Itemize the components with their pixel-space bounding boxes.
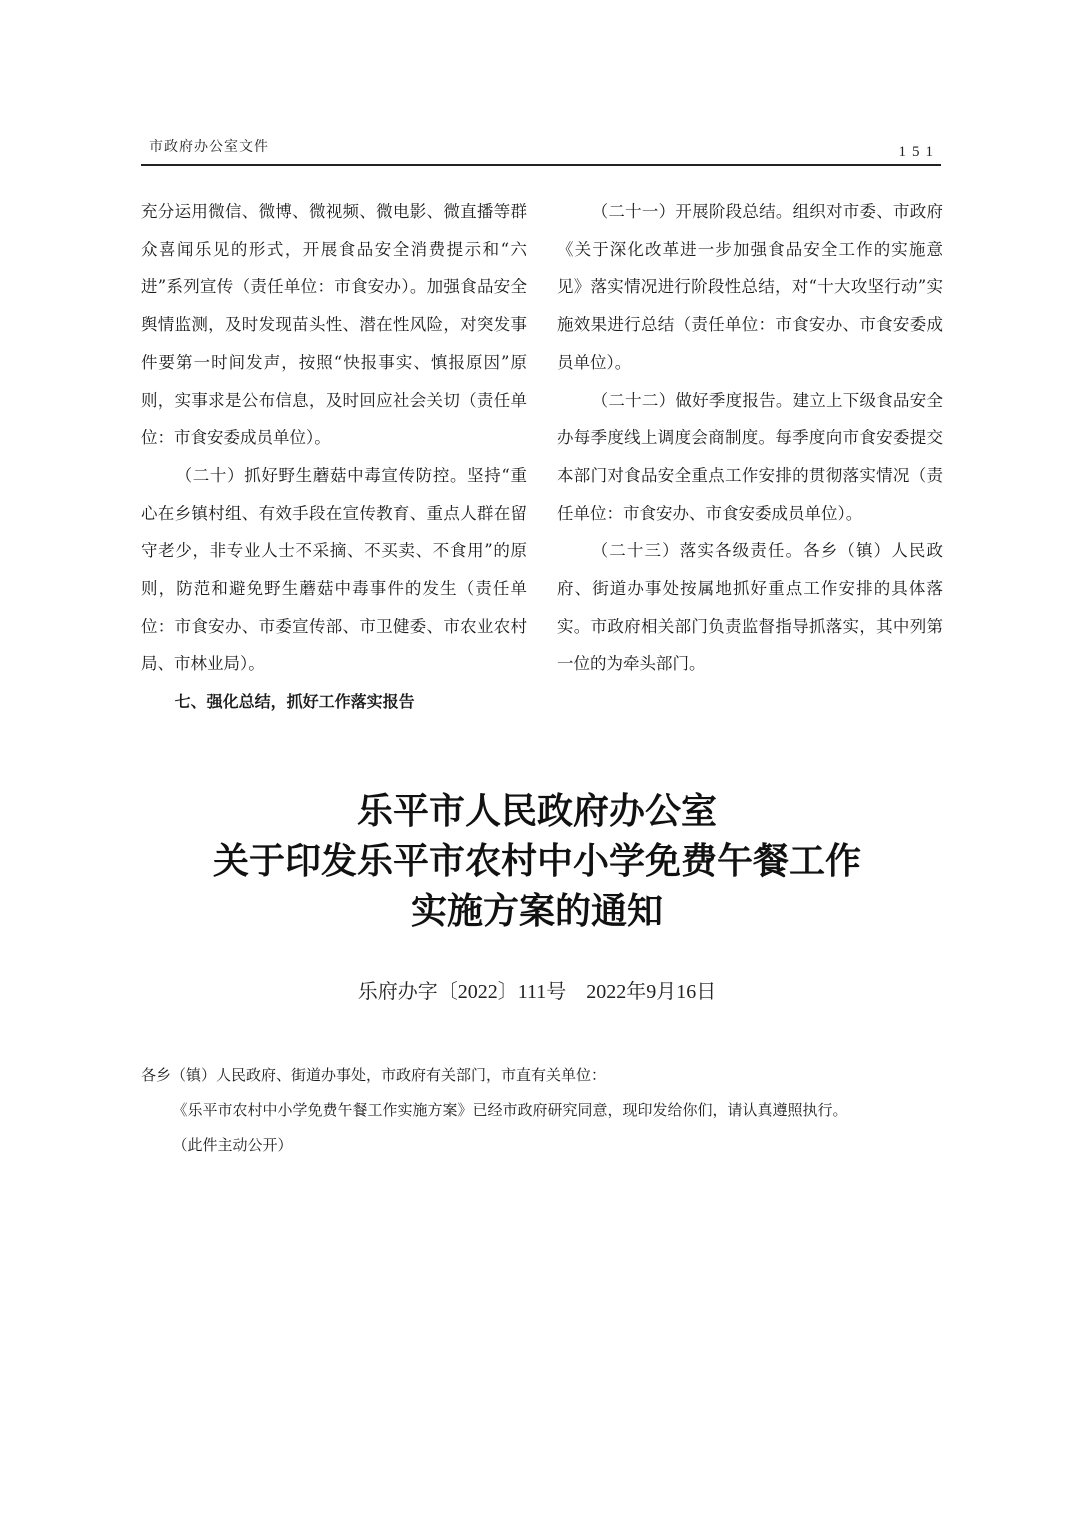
paragraph: （二十一）开展阶段总结。组织对市委、市政府《关于深化改革进一步加强食品安全工作的… <box>557 193 943 382</box>
notice-title: 乐平市人民政府办公室 关于印发乐平市农村中小学免费午餐工作 实施方案的通知 <box>0 786 1074 936</box>
item-text: 建立上下级食品安全办每季度线上调度会商制度。每季度向市食安委提交本部门对食品安全… <box>557 391 943 523</box>
item-label: （二十）抓好野生蘑菇中毒宣传防控。 <box>176 466 467 485</box>
notice-title-line: 实施方案的通知 <box>0 886 1074 936</box>
document-page: 市政府办公室文件 151 充分运用微信、微博、微视频、微电影、微直播等群众喜闻乐… <box>0 0 1074 1520</box>
notice-title-line: 关于印发乐平市农村中小学免费午餐工作 <box>0 836 1074 886</box>
document-number: 乐府办字〔2022〕111号 2022年9月16日 <box>0 975 1074 1004</box>
page-number: 151 <box>899 144 940 161</box>
paragraph: （二十三）落实各级责任。各乡（镇）人民政府、街道办事处按属地抓好重点工作安排的具… <box>557 532 943 683</box>
left-column: 充分运用微信、微博、微视频、微电影、微直播等群众喜闻乐见的形式，开展食品安全消费… <box>141 193 527 721</box>
item-text: 各乡（镇）人民政府、街道办事处按属地抓好重点工作安排的具体落实。市政府相关部门负… <box>557 541 943 673</box>
item-label: （二十二）做好季度报告。 <box>592 391 793 410</box>
item-text: 坚持“重心在乡镇村组、有效手段在宣传教育、重点人群在留守老少，非专业人士不采摘、… <box>141 466 527 674</box>
item-text: 组织对市委、市政府《关于深化改革进一步加强食品安全工作的实施意见》落实情况进行阶… <box>557 202 943 372</box>
paragraph: （二十）抓好野生蘑菇中毒宣传防控。坚持“重心在乡镇村组、有效手段在宣传教育、重点… <box>141 457 527 683</box>
right-column: （二十一）开展阶段总结。组织对市委、市政府《关于深化改革进一步加强食品安全工作的… <box>557 193 943 683</box>
page-header: 市政府办公室文件 151 <box>141 136 941 166</box>
header-title: 市政府办公室文件 <box>149 136 269 156</box>
section-heading: 七、强化总结，抓好工作落实报告 <box>141 683 527 721</box>
disclosure-note: （此件主动公开） <box>141 1128 941 1163</box>
notice-paragraph: 《乐平市农村中小学免费午餐工作实施方案》已经市政府研究同意，现印发给你们，请认真… <box>141 1093 941 1128</box>
item-label: （二十一）开展阶段总结。 <box>592 202 793 221</box>
notice-body: 各乡（镇）人民政府、街道办事处，市政府有关部门，市直有关单位： 《乐平市农村中小… <box>141 1058 941 1163</box>
addressees: 各乡（镇）人民政府、街道办事处，市政府有关部门，市直有关单位： <box>141 1058 941 1093</box>
notice-title-line: 乐平市人民政府办公室 <box>0 786 1074 836</box>
paragraph: （二十二）做好季度报告。建立上下级食品安全办每季度线上调度会商制度。每季度向市食… <box>557 382 943 533</box>
paragraph: 充分运用微信、微博、微视频、微电影、微直播等群众喜闻乐见的形式，开展食品安全消费… <box>141 193 527 457</box>
header-divider <box>141 164 941 166</box>
item-label: （二十三）落实各级责任。 <box>592 541 804 560</box>
